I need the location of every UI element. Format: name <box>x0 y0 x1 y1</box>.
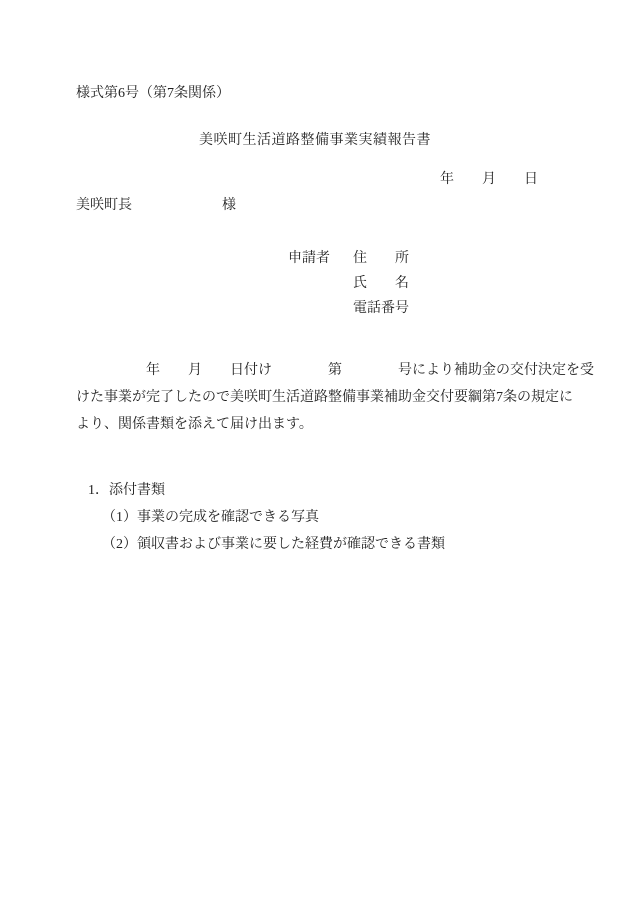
applicant-label-spacer <box>288 271 353 296</box>
document-page: 様式第6号（第7条関係） 美咲町生活道路整備事業実績報告書 年 月 日 美咲町長… <box>0 0 630 903</box>
applicant-label-spacer <box>288 296 353 321</box>
page-title: 美咲町生活道路整備事業実績報告書 <box>0 131 630 151</box>
addressee-honorific: 様 <box>222 196 236 216</box>
attachment-item-1: （1）事業の完成を確認できる写真 <box>102 504 445 531</box>
applicant-field-phone: 電話番号 <box>353 296 409 321</box>
body-line-2: けた事業が完了したので美咲町生活道路整備事業補助金交付要綱第7条の規定に <box>76 384 580 411</box>
applicant-field-address: 住 所 <box>353 246 409 271</box>
form-number: 様式第6号（第7条関係） <box>76 84 230 104</box>
applicant-field-name: 氏 名 <box>353 271 409 296</box>
addressee-name: 美咲町長 <box>76 196 132 216</box>
body-line-1: 年 月 日付け 第 号により補助金の交付決定を受 <box>76 357 580 384</box>
attachments-heading: 1．添付書類 <box>88 477 445 504</box>
applicant-label: 申請者 <box>288 246 353 271</box>
applicant-row-address: 申請者 住 所 <box>288 246 409 271</box>
applicant-block: 申請者 住 所 氏 名 電話番号 <box>288 246 409 321</box>
body-paragraph: 年 月 日付け 第 号により補助金の交付決定を受 けた事業が完了したので美咲町生… <box>76 357 580 438</box>
applicant-row-phone: 電話番号 <box>288 296 409 321</box>
body-line-3: より、関係書類を添えて届け出ます。 <box>76 411 580 438</box>
date-blank-line: 年 月 日 <box>440 170 538 190</box>
attachments-section: 1．添付書類 （1）事業の完成を確認できる写真 （2）領収書および事業に要した経… <box>88 477 445 558</box>
attachment-item-2: （2）領収書および事業に要した経費が確認できる書類 <box>102 531 445 558</box>
addressee-line: 美咲町長 様 <box>76 196 236 216</box>
applicant-row-name: 氏 名 <box>288 271 409 296</box>
